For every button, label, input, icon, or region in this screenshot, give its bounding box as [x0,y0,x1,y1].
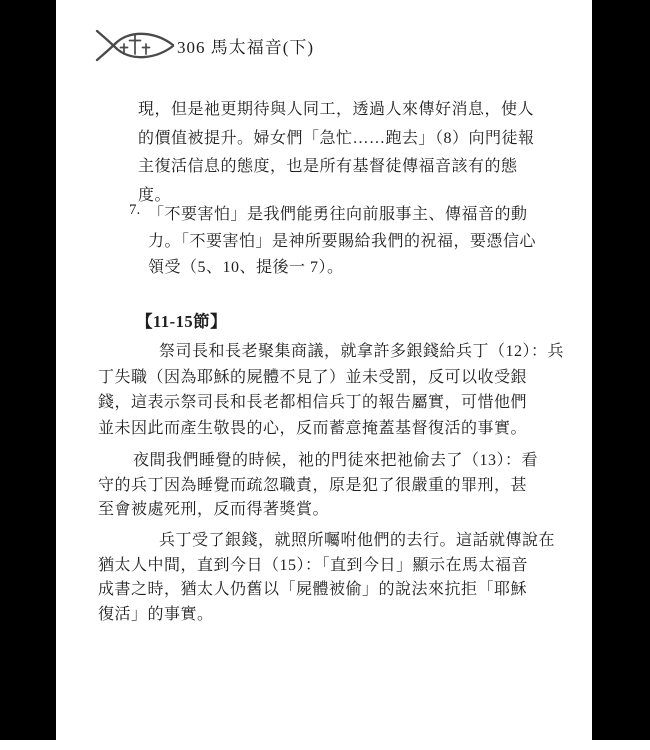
paragraph-line: 至會被處死刑，反而得著獎賞。 [98,496,329,519]
scanned-book-page: 306 馬太福音(下) 現，但是祂更期待與人同工，透過人來傳好消息，使人 的價值… [0,0,650,750]
text-line: 的價值被提升。婦女們「急忙……跑去」（8）向門徒報 [138,125,535,148]
paragraph-line: 猶太人中間，直到今日（15）：「直到今日」顯示在馬太福音 [98,552,528,575]
paragraph-line: 兵丁受了銀錢，就照所囑咐他們的去行。這話就傳說在 [98,527,555,550]
paragraph-line: 復活」的事實。 [98,601,214,624]
text-line: 力。「不要害怕」是神所要賜給我們的祝福，要憑信心 [148,228,536,251]
paragraph-line: 丁失職（因為耶穌的屍體不見了）並未受罰，反可以收受銀 [98,364,527,387]
page-header-title: 306 馬太福音(下) [177,33,314,58]
list-item-7-number: 7. [129,202,140,219]
text-line: 領受（5、10、提後一 7）。 [148,254,344,277]
paragraph-line: 祭司長和長老聚集商議，就拿許多銀錢給兵丁（12）：兵 [98,338,564,361]
paragraph-line: 成書之時，猶太人仍舊以「屍體被偷」的說法來抗拒「耶穌 [98,576,527,599]
paragraph-line: 夜間我們睡覺的時候，祂的門徒來把祂偷去了（13）：看 [98,447,538,470]
scan-border-left [0,0,56,740]
ichthys-logo-icon [94,25,176,70]
text-line: 主復活信息的態度，也是所有基督徒傳福音該有的態 [138,153,518,176]
section-heading: 【11-15節】 [136,308,227,332]
text-line: 「不要害怕」是我們能勇往向前服事主、傳福音的動 [148,201,528,224]
scan-border-right [592,0,650,740]
text-line: 現，但是祂更期待與人同工，透過人來傳好消息，使人 [138,96,534,119]
paragraph-line: 守的兵丁因為睡覺而疏忽職責，原是犯了很嚴重的罪刑，甚 [98,472,527,495]
paragraph-line: 並未因此而產生敬畏的心，反而蓄意掩蓋基督復活的事實。 [98,415,527,438]
paragraph-line: 錢，這表示祭司長和長老都相信兵丁的報告屬實，可惜他們 [98,389,527,412]
